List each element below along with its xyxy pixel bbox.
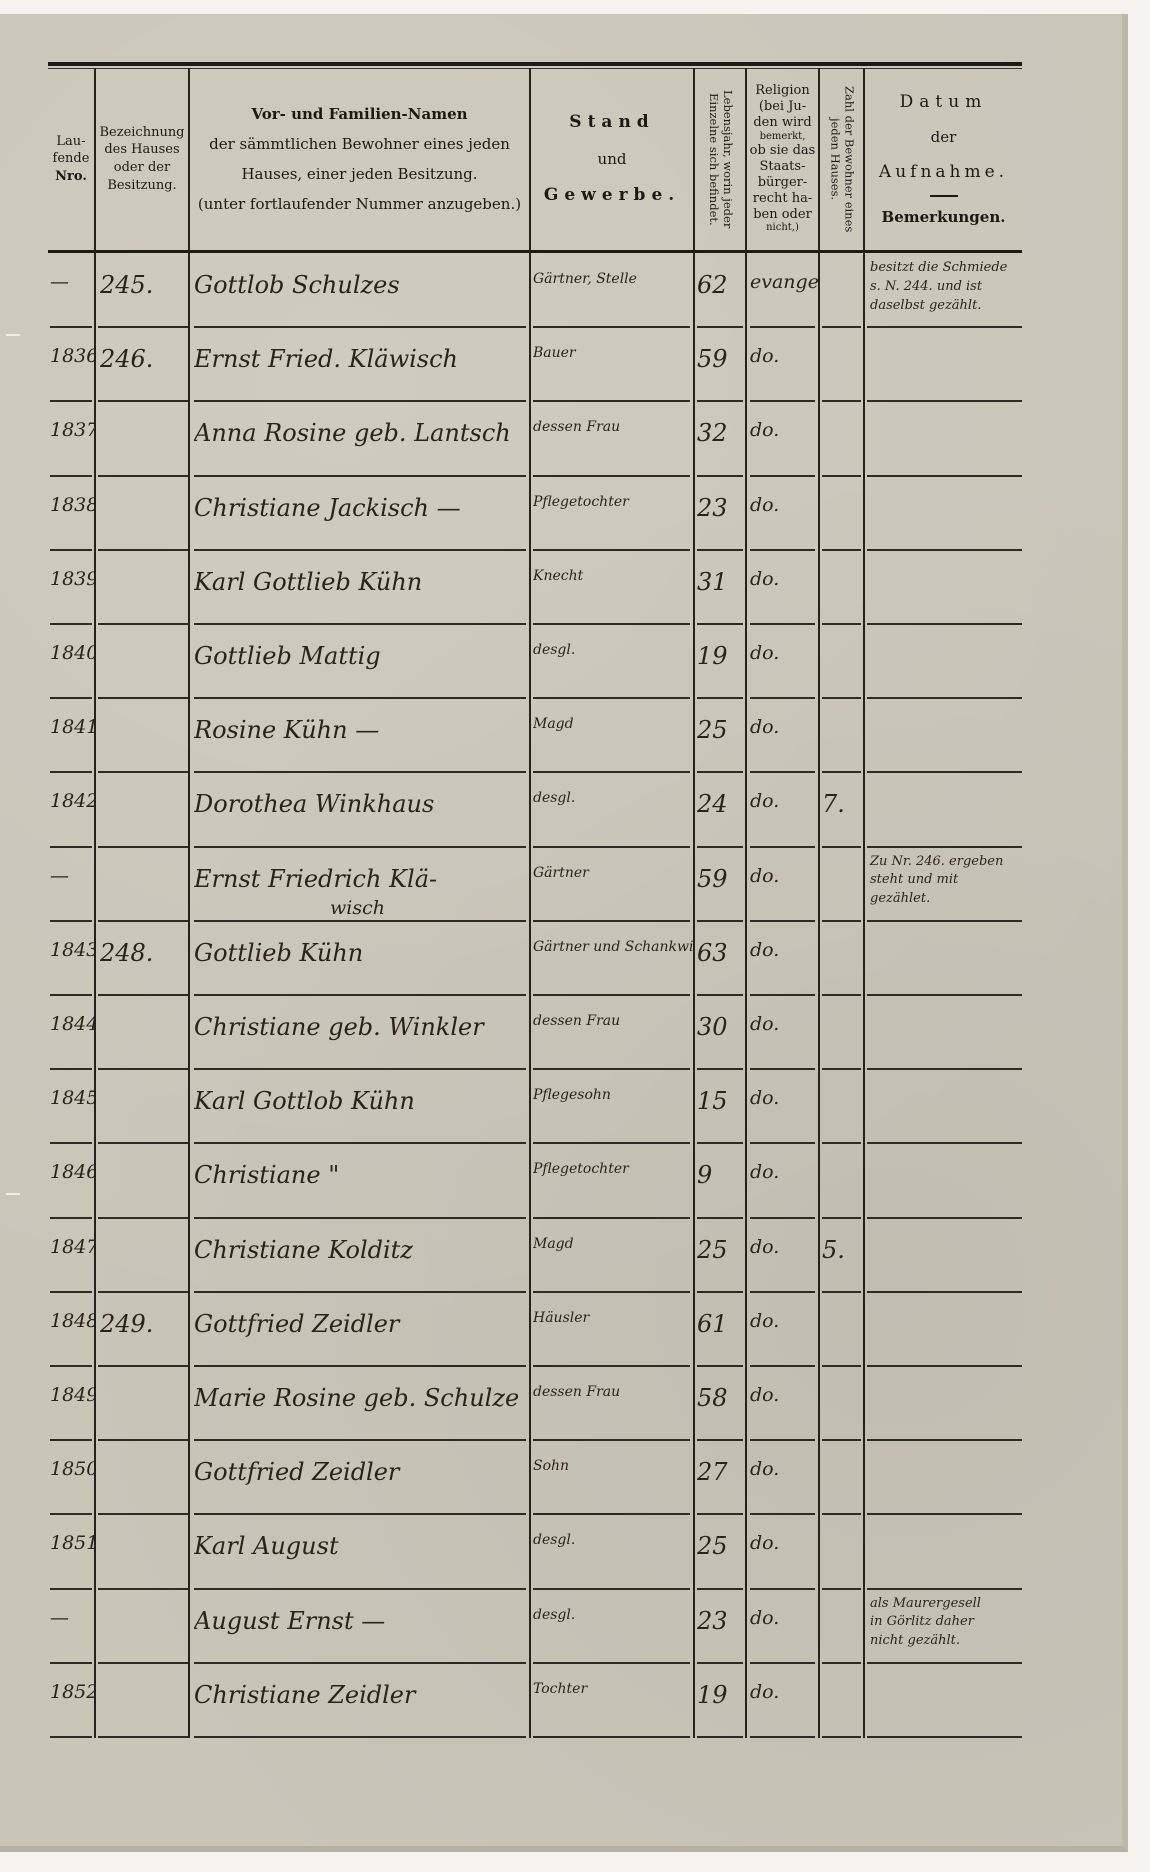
row-separator [750, 1736, 815, 1738]
cell-name: Dorothea Winkhaus [194, 790, 528, 818]
row-separator [50, 1217, 92, 1219]
cell-alter: 59 [697, 865, 745, 893]
row-separator [867, 1588, 1022, 1590]
cell-nro: 1846. [50, 1161, 94, 1183]
cell-stand: desgl. [533, 642, 693, 658]
remark-line: steht und mit [870, 871, 1003, 890]
header-text: fende [53, 150, 90, 168]
row-separator [98, 1142, 188, 1144]
header-bezeichnung: Bezeichnung des Hauses oder der Besitzun… [96, 70, 188, 248]
row-separator [194, 1439, 526, 1441]
cell-alter: 61 [697, 1310, 745, 1338]
row-separator [867, 1142, 1022, 1144]
cell-alter: 31 [697, 568, 745, 596]
header-text: Gewerbe. [544, 176, 680, 215]
header-text: Bezeichnung [99, 124, 184, 142]
cell-religion: do. [750, 419, 818, 441]
row-separator [50, 1588, 92, 1590]
header-text: Besitzung. [107, 177, 176, 195]
header-text: Datum [900, 84, 988, 121]
row-separator [533, 1662, 690, 1664]
remark-line: s. N. 244. und ist [870, 278, 1007, 297]
cell-nro: — [50, 1607, 94, 1629]
row-separator [533, 1513, 690, 1515]
header-religion: Religion (bei Ju- den wird bemerkt, ob s… [747, 70, 818, 248]
row-separator [98, 326, 188, 328]
row-separator [867, 1365, 1022, 1367]
header-text: (bei Ju- [759, 99, 806, 115]
cell-nro: 1844 [50, 1013, 94, 1035]
row-separator [194, 1736, 526, 1738]
header-text: Nro. [55, 168, 87, 186]
row-separator [194, 549, 526, 551]
header-text: nicht,) [766, 222, 799, 234]
row-separator [50, 1142, 92, 1144]
row-separator [50, 846, 92, 848]
header-text: ob sie das [750, 143, 816, 159]
cell-alter: 19 [697, 1681, 745, 1709]
row-separator [822, 1588, 861, 1590]
row-separator [98, 400, 188, 402]
cell-stand: Magd [533, 1236, 693, 1252]
header-text: der [931, 121, 957, 154]
cell-religion: do. [750, 716, 818, 738]
row-separator [533, 475, 690, 477]
row-separator [533, 1068, 690, 1070]
row-separator [750, 1588, 815, 1590]
cell-alter: 25 [697, 716, 745, 744]
header-text: Staats- [760, 159, 806, 175]
row-separator [194, 1365, 526, 1367]
header-laufende-nro: Lau- fende Nro. [48, 70, 94, 248]
cell-religion: do. [750, 939, 818, 961]
cell-name: Gottfried Zeidler [194, 1458, 528, 1486]
row-separator [194, 697, 526, 699]
row-separator [98, 475, 188, 477]
header-text: Lau- [56, 133, 85, 151]
row-separator [867, 846, 1022, 848]
cell-nro: 1851 [50, 1532, 94, 1554]
header-text: ben oder [753, 207, 812, 223]
header-text: bürger- [758, 175, 808, 191]
cell-religion: do. [750, 1310, 818, 1332]
cell-alter: 63 [697, 939, 745, 967]
row-separator [98, 771, 188, 773]
cell-religion: do. [750, 1236, 818, 1258]
row-separator [822, 1365, 861, 1367]
cell-religion: do. [750, 1681, 818, 1703]
row-separator [750, 400, 815, 402]
header-namen: Vor- und Familien-Namen der sämmtlichen … [190, 70, 529, 248]
cell-alter: 62 [697, 271, 745, 299]
row-separator [50, 326, 92, 328]
cell-religion: do. [750, 1087, 818, 1109]
row-separator [533, 1291, 690, 1293]
header-text: recht ha- [753, 191, 812, 207]
row-separator [822, 697, 861, 699]
row-separator [194, 1588, 526, 1590]
row-separator [867, 771, 1022, 773]
row-separator [822, 920, 861, 922]
remark-note: als Maurergesellin Görlitz dahernicht ge… [870, 1595, 981, 1652]
row-separator [98, 549, 188, 551]
row-separator [98, 1513, 188, 1515]
cell-name: Christiane Kolditz [194, 1236, 528, 1264]
cell-nro: 1837 [50, 419, 94, 441]
cell-religion: do. [750, 1384, 818, 1406]
cell-nro: 1840 [50, 642, 94, 664]
cell-nro: 1838. [50, 494, 94, 516]
row-separator [194, 771, 526, 773]
row-separator [533, 623, 690, 625]
row-separator [50, 771, 92, 773]
cell-alter: 25 [697, 1236, 745, 1264]
row-separator [194, 1662, 526, 1664]
row-separator [533, 1217, 690, 1219]
cell-name: Anna Rosine geb. Lantsch [194, 419, 528, 447]
row-separator [98, 1736, 188, 1738]
row-separator [50, 475, 92, 477]
row-separator [750, 697, 815, 699]
row-separator [194, 400, 526, 402]
row-separator [98, 1439, 188, 1441]
row-separator [750, 771, 815, 773]
row-separator [750, 1513, 815, 1515]
cell-name: Karl Gottlob Kühn [194, 1087, 528, 1115]
row-separator [867, 1662, 1022, 1664]
row-separator [822, 1736, 861, 1738]
row-separator [822, 1513, 861, 1515]
cell-name: Marie Rosine geb. Schulze [194, 1384, 528, 1412]
cell-nro: 1845. [50, 1087, 94, 1109]
row-separator [697, 1365, 743, 1367]
cell-religion: do. [750, 1532, 818, 1554]
cell-haus: 245. [100, 271, 186, 299]
remark-line: in Görlitz daher [870, 1613, 981, 1632]
row-separator [533, 400, 690, 402]
row-separator [697, 1736, 743, 1738]
header-text: der sämmtlichen Bewohner eines jeden [209, 129, 510, 159]
row-separator [50, 400, 92, 402]
column-divider [745, 68, 747, 1738]
row-separator [867, 475, 1022, 477]
row-separator [750, 1217, 815, 1219]
row-separator [98, 1588, 188, 1590]
cell-stand: Magd [533, 716, 693, 732]
remark-note: Zu Nr. 246. ergebensteht und mitgezählet… [870, 853, 1003, 910]
cell-nro: — [50, 865, 94, 887]
row-separator [750, 1068, 815, 1070]
top-rule [48, 62, 1022, 66]
row-separator [533, 1439, 690, 1441]
row-separator [750, 1142, 815, 1144]
row-separator [822, 1439, 861, 1441]
cell-nro: 1839 [50, 568, 94, 590]
row-separator [867, 1439, 1022, 1441]
row-separator [822, 400, 861, 402]
cell-alter: 58 [697, 1384, 745, 1412]
header-text: Aufnahme. [879, 154, 1008, 191]
row-separator [822, 1068, 861, 1070]
header-lebensjahr: Lebensjahr, worin jeder Einzelne sich be… [695, 70, 745, 248]
header-text: Religion [755, 83, 809, 99]
row-separator [822, 994, 861, 996]
row-separator [50, 1513, 92, 1515]
row-separator [867, 1068, 1022, 1070]
header-bottom-rule [48, 250, 1022, 253]
cell-nro: 1850. [50, 1458, 94, 1480]
row-separator [867, 326, 1022, 328]
header-text: (unter fortlaufender Nummer anzugeben.) [198, 189, 521, 219]
row-separator [533, 1588, 690, 1590]
row-separator [194, 623, 526, 625]
row-separator [50, 1439, 92, 1441]
column-divider [818, 68, 820, 1738]
row-separator [750, 1662, 815, 1664]
row-separator [50, 1365, 92, 1367]
remark-line: Zu Nr. 246. ergeben [870, 853, 1003, 872]
cell-nro: 1848. [50, 1310, 94, 1332]
header-text: Hauses, einer jeden Besitzung. [241, 159, 477, 189]
row-separator [533, 920, 690, 922]
remark-line: besitzt die Schmiede [870, 259, 1007, 278]
header-text: Bemerkungen. [882, 201, 1006, 234]
remark-note: besitzt die Schmiedes. N. 244. und istda… [870, 259, 1007, 316]
row-separator [697, 697, 743, 699]
row-separator [98, 920, 188, 922]
row-separator [533, 1365, 690, 1367]
cell-haus: 249. [100, 1310, 186, 1338]
cell-religion: do. [750, 1013, 818, 1035]
row-separator [98, 1217, 188, 1219]
cell-name: Christiane Jackisch — [194, 494, 528, 522]
row-separator [98, 1365, 188, 1367]
row-separator [194, 920, 526, 922]
cell-stand: desgl. [533, 790, 693, 806]
cell-nro: 1842. [50, 790, 94, 812]
header-text: Lebensjahr, worin jeder Einzelne sich be… [706, 74, 734, 244]
header-text: Stand [569, 103, 654, 142]
row-separator [750, 920, 815, 922]
row-separator [822, 623, 861, 625]
row-separator [750, 1365, 815, 1367]
cell-nro: 1836. [50, 345, 94, 367]
cell-stand: Sohn [533, 1458, 693, 1474]
row-separator [867, 1291, 1022, 1293]
cell-zahl: 5. [822, 1236, 863, 1264]
row-separator [822, 1291, 861, 1293]
row-separator [697, 994, 743, 996]
row-separator [533, 1736, 690, 1738]
cell-alter: 30 [697, 1013, 745, 1041]
cell-religion: do. [750, 568, 818, 590]
row-separator [50, 697, 92, 699]
row-separator [750, 1439, 815, 1441]
row-separator [697, 771, 743, 773]
column-divider [863, 68, 865, 1738]
cell-nro: 1849. [50, 1384, 94, 1406]
row-separator [194, 1513, 526, 1515]
cell-religion: do. [750, 1607, 818, 1629]
header-text: und [598, 142, 627, 177]
cell-nro: 1841. [50, 716, 94, 738]
top-rule-thin [48, 68, 1022, 69]
cell-stand: dessen Frau [533, 1384, 693, 1400]
row-separator [867, 1217, 1022, 1219]
binding-thread [6, 1193, 20, 1195]
row-separator [194, 994, 526, 996]
cell-religion: evangel. [750, 271, 818, 293]
cell-religion: do. [750, 1458, 818, 1480]
row-separator [697, 1513, 743, 1515]
row-separator [697, 1217, 743, 1219]
cell-alter: 19 [697, 642, 745, 670]
cell-name: Karl August [194, 1532, 528, 1560]
row-separator [194, 326, 526, 328]
header-text: bemerkt, [760, 131, 806, 143]
row-separator [867, 994, 1022, 996]
cell-alter: 15 [697, 1087, 745, 1115]
row-separator [98, 1662, 188, 1664]
row-separator [194, 1291, 526, 1293]
remark-line: gezählet. [870, 890, 1003, 909]
cell-religion: do. [750, 1161, 818, 1183]
cell-religion: do. [750, 790, 818, 812]
column-divider [94, 68, 96, 1738]
cell-name: August Ernst — [194, 1607, 528, 1635]
cell-name: Ernst Fried. Kläwisch [194, 345, 528, 373]
cell-religion: do. [750, 642, 818, 664]
cell-religion: do. [750, 494, 818, 516]
cell-name: Rosine Kühn — [194, 716, 528, 744]
row-separator [98, 623, 188, 625]
row-separator [867, 1736, 1022, 1738]
row-separator [822, 475, 861, 477]
row-separator [194, 475, 526, 477]
cell-alter: 59 [697, 345, 745, 373]
row-separator [50, 1736, 92, 1738]
row-separator [50, 1068, 92, 1070]
column-divider [188, 68, 190, 1738]
cell-alter: 23 [697, 1607, 745, 1635]
cell-name: Gottlieb Mattig [194, 642, 528, 670]
row-separator [867, 920, 1022, 922]
row-separator [822, 1662, 861, 1664]
cell-stand: Bauer [533, 345, 693, 361]
row-separator [750, 549, 815, 551]
row-separator [50, 1662, 92, 1664]
row-separator [98, 846, 188, 848]
cell-alter: 32 [697, 419, 745, 447]
row-separator [194, 846, 526, 848]
row-separator [98, 1291, 188, 1293]
row-separator [697, 1068, 743, 1070]
row-separator [533, 326, 690, 328]
row-separator [867, 697, 1022, 699]
row-separator [98, 1068, 188, 1070]
cell-alter: 23 [697, 494, 745, 522]
row-separator [194, 1142, 526, 1144]
cell-name: Gottlob Schulzes [194, 271, 528, 299]
cell-nro: 1852. [50, 1681, 94, 1703]
cell-name: Ernst Friedrich Klä- [194, 865, 528, 893]
cell-stand: Knecht [533, 568, 693, 584]
row-separator [822, 1142, 861, 1144]
row-separator [750, 475, 815, 477]
row-separator [867, 1513, 1022, 1515]
row-separator [194, 1217, 526, 1219]
row-separator [697, 549, 743, 551]
cell-haus: 248. [100, 939, 186, 967]
cell-stand: dessen Frau [533, 1013, 693, 1029]
remark-line: als Maurergesell [870, 1595, 981, 1614]
row-separator [697, 326, 743, 328]
cell-name: Gottfried Zeidler [194, 1310, 528, 1338]
column-divider [693, 68, 695, 1738]
cell-stand: Pflegesohn [533, 1087, 693, 1103]
remark-line: nicht gezählt. [870, 1632, 981, 1651]
row-separator [50, 1291, 92, 1293]
row-separator [98, 697, 188, 699]
header-text: oder der [114, 159, 170, 177]
row-separator [98, 994, 188, 996]
row-separator [867, 400, 1022, 402]
row-separator [822, 1217, 861, 1219]
row-separator [750, 846, 815, 848]
cell-alter: 24 [697, 790, 745, 818]
cell-stand: dessen Frau [533, 419, 693, 435]
row-separator [50, 994, 92, 996]
cell-alter: 27 [697, 1458, 745, 1486]
cell-alter: 25 [697, 1532, 745, 1560]
cell-name: Karl Gottlieb Kühn [194, 568, 528, 596]
header-text: des Hauses [104, 141, 179, 159]
cell-haus: 246. [100, 345, 186, 373]
cell-stand: Tochter [533, 1681, 693, 1697]
cell-stand: desgl. [533, 1607, 693, 1623]
row-separator [50, 623, 92, 625]
row-separator [697, 1662, 743, 1664]
cell-stand: Gärtner, Stelle [533, 271, 693, 287]
header-text: Vor- und Familien-Namen [251, 99, 467, 129]
cell-stand: desgl. [533, 1532, 693, 1548]
row-separator [697, 1588, 743, 1590]
row-separator [697, 846, 743, 848]
binding-thread [6, 334, 20, 336]
cell-name: Christiane geb. Winkler [194, 1013, 528, 1041]
row-separator [697, 1439, 743, 1441]
cell-religion: do. [750, 865, 818, 887]
row-separator [750, 994, 815, 996]
row-separator [697, 920, 743, 922]
header-dash [930, 195, 958, 197]
row-separator [697, 623, 743, 625]
row-separator [750, 623, 815, 625]
row-separator [194, 1068, 526, 1070]
row-separator [697, 1291, 743, 1293]
cell-nro: 1847. [50, 1236, 94, 1258]
header-datum: Datum der Aufnahme. Bemerkungen. [865, 70, 1022, 248]
row-separator [533, 846, 690, 848]
row-separator [697, 1142, 743, 1144]
cell-nro: — [50, 271, 94, 293]
cell-name: Christiane Zeidler [194, 1681, 528, 1709]
cell-religion: do. [750, 345, 818, 367]
cell-name: Christiane " [194, 1161, 528, 1189]
row-separator [822, 326, 861, 328]
row-separator [867, 623, 1022, 625]
cell-name: Gottlieb Kühn [194, 939, 528, 967]
